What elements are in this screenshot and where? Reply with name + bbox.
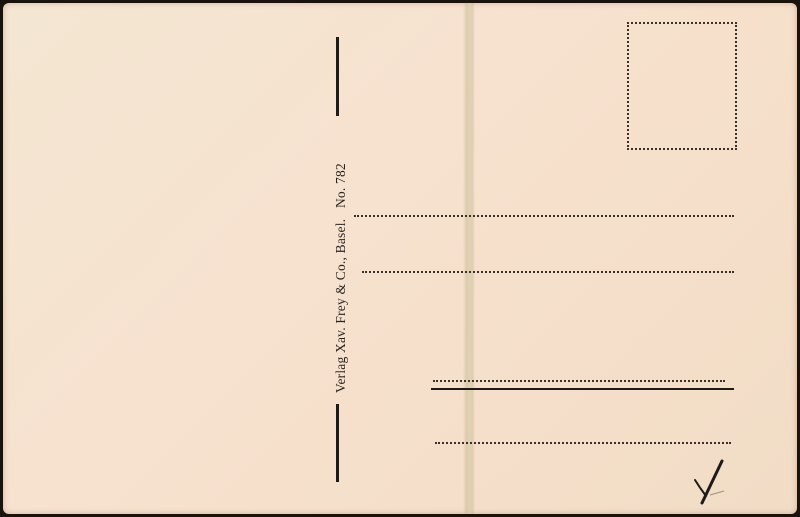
stamp-placeholder-box [627,22,737,150]
address-underline [431,388,734,390]
address-line-2 [362,271,734,273]
divider-line-bottom [336,404,339,482]
address-line-1 [354,215,734,217]
postcard-back: Verlag Xav. Frey & Co., Basel. No. 782 [3,3,797,514]
center-fold [463,3,475,514]
address-line-4 [435,442,731,444]
publisher-imprint: Verlag Xav. Frey & Co., Basel. No. 782 [333,93,353,393]
address-line-3 [433,380,725,382]
handwritten-mark-icon [688,458,728,508]
